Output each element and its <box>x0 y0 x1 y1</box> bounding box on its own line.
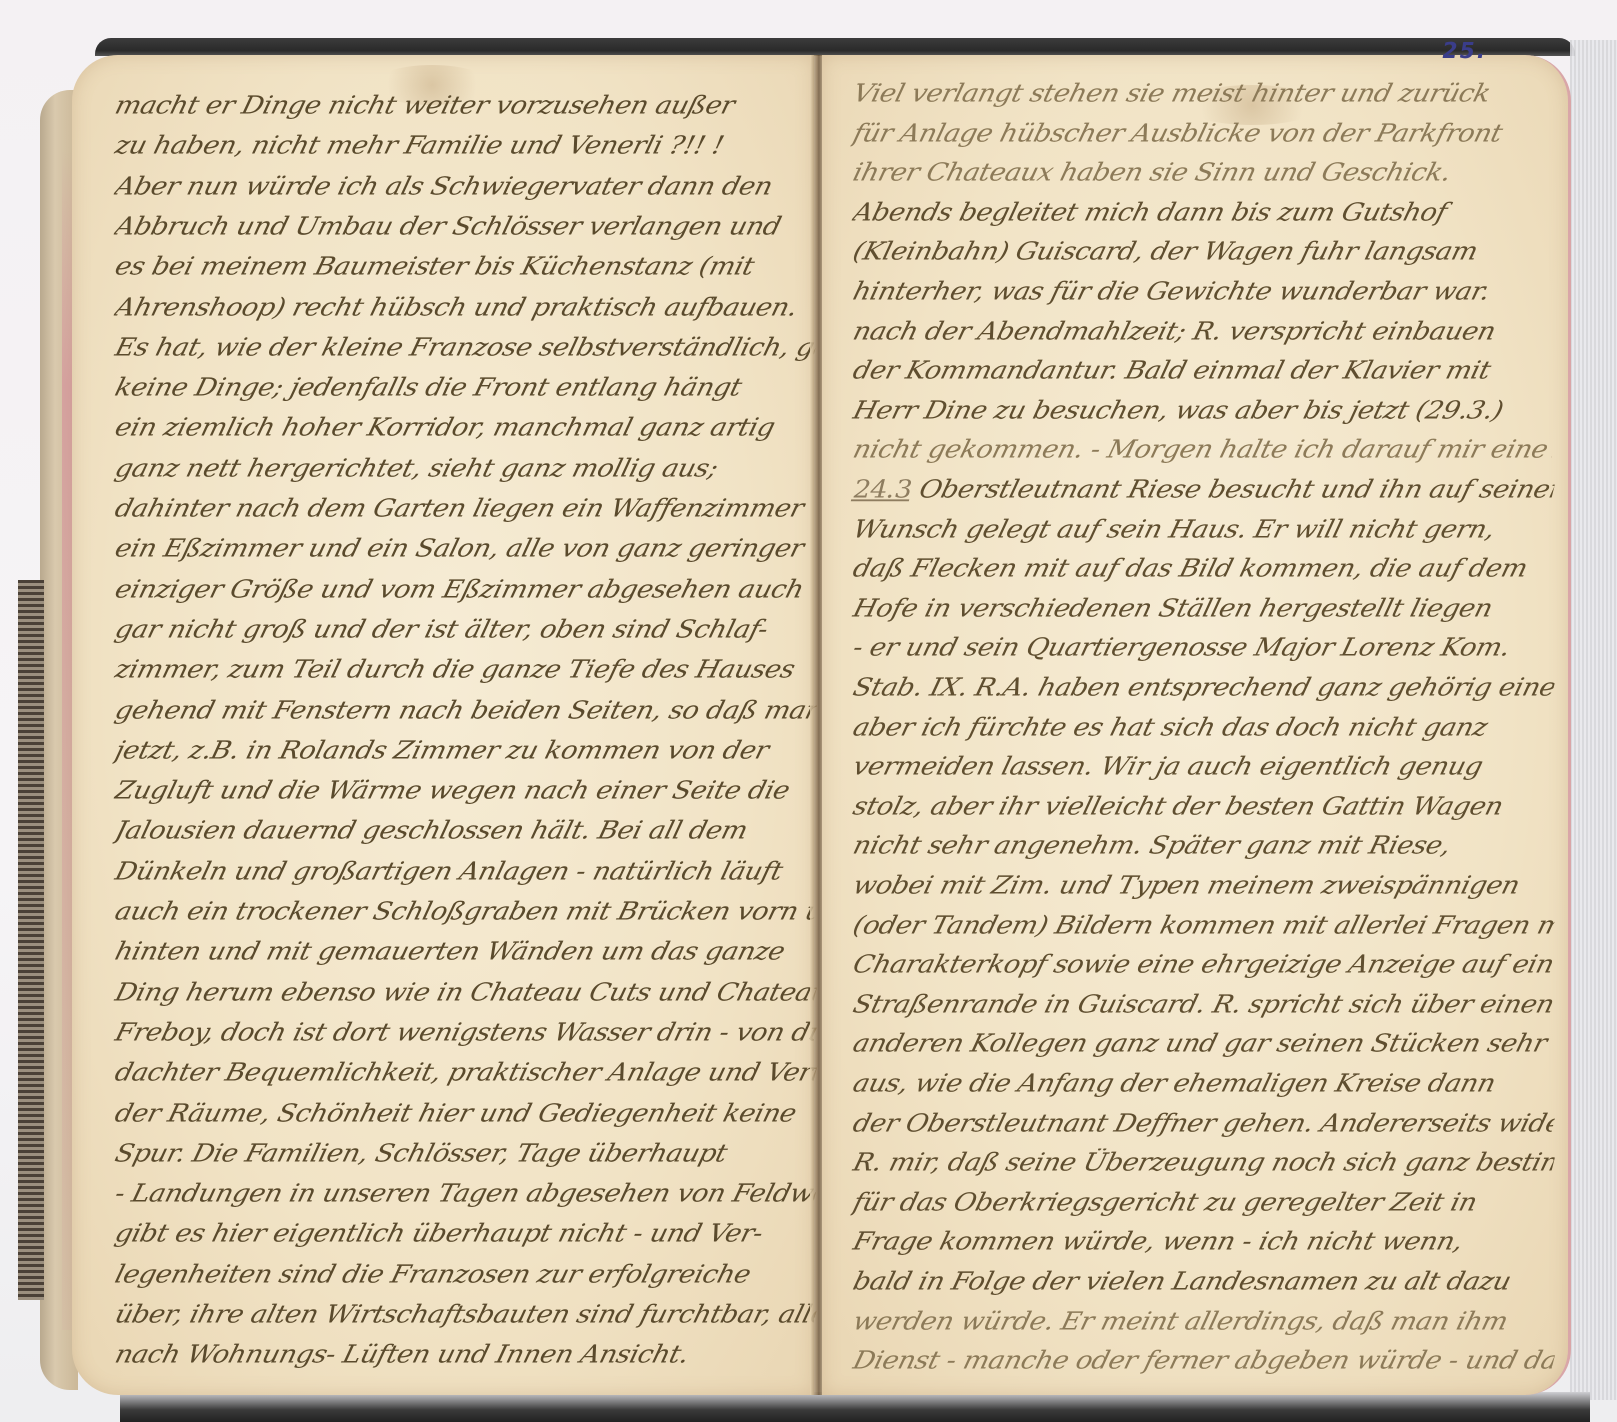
handwritten-line: jetzt, z.B. in Rolands Zimmer zu kommen … <box>112 736 819 765</box>
handwritten-line: Ding herum ebenso wie in Chateau Cuts un… <box>112 978 819 1007</box>
book-cover-right-edge <box>1570 40 1617 1400</box>
handwritten-line: Aber nun würde ich als Schwiegervater da… <box>112 172 819 201</box>
handwritten-line: hinterher, was für die Gewichte wunderba… <box>850 277 1557 306</box>
handwritten-line: ihrer Chateaux haben sie Sinn und Geschi… <box>850 159 1557 188</box>
handwritten-line: Charakterkopf sowie eine ehrgeizige Anze… <box>850 951 1557 980</box>
handwritten-line: werden würde. Er meint allerdings, daß m… <box>850 1307 1557 1336</box>
handwritten-line: bald in Folge der vielen Landesnamen zu … <box>850 1267 1557 1296</box>
handwritten-line: Spur. Die Familien, Schlösser, Tage über… <box>112 1139 819 1168</box>
handwritten-line: Abbruch und Umbau der Schlösser verlange… <box>112 212 819 241</box>
handwritten-line: der Oberstleutnant Deffner gehen. Andere… <box>850 1109 1557 1138</box>
handwritten-line: einziger Größe und vom Eßzimmer abgesehe… <box>112 575 819 604</box>
binding-stitching <box>18 580 44 1300</box>
right-page: 25. Viel verlangt stehen sie meist hinte… <box>822 55 1571 1395</box>
handwritten-line: 24.3 Oberstleutnant Riese besucht und ih… <box>850 475 1557 504</box>
page-number: 25. <box>1440 39 1489 64</box>
handwritten-line: Dünkeln und großartigen Anlagen - natürl… <box>112 857 819 886</box>
handwritten-line: gibt es hier eigentlich überhaupt nicht … <box>112 1220 819 1249</box>
handwritten-line: dachter Bequemlichkeit, praktischer Anla… <box>112 1059 819 1088</box>
handwritten-line: gehend mit Fenstern nach beiden Seiten, … <box>112 696 819 725</box>
handwritten-line: zu haben, nicht mehr Familie und Venerli… <box>112 132 819 161</box>
handwritten-line: ganz nett hergerichtet, sieht ganz molli… <box>112 454 819 483</box>
handwritten-line: stolz, aber ihr vielleicht der besten Ga… <box>850 792 1557 821</box>
handwritten-line: Dienst - manche oder ferner abgeben würd… <box>850 1347 1557 1376</box>
handwritten-line: für das Oberkriegsgericht zu geregelter … <box>850 1188 1557 1217</box>
handwritten-line: gar nicht groß und der ist älter, oben s… <box>112 615 819 644</box>
handwritten-line: zimmer, zum Teil durch die ganze Tiefe d… <box>112 656 819 685</box>
handwritten-line: Abends begleitet mich dann bis zum Gutsh… <box>850 198 1557 227</box>
handwritten-line: für Anlage hübscher Ausblicke von der Pa… <box>850 119 1557 148</box>
handwritten-line: Freboy, doch ist dort wenigstens Wasser … <box>112 1018 819 1047</box>
handwritten-line: nach Wohnungs- Lüften und Innen Ansicht. <box>112 1341 819 1370</box>
handwritten-line: Viel verlangt stehen sie meist hinter un… <box>850 79 1557 108</box>
handwritten-line: Wunsch gelegt auf sein Haus. Er will nic… <box>850 515 1557 544</box>
handwritten-line: hinten und mit gemauerten Wänden um das … <box>112 938 819 967</box>
handwritten-line: wobei mit Zim. und Typen meinem zweispän… <box>850 871 1557 900</box>
left-page: macht er Dinge nicht weiter vorzusehen a… <box>72 55 814 1395</box>
handwritten-line: anderen Kollegen ganz und gar seinen Stü… <box>850 1030 1557 1059</box>
handwritten-line: - Landungen in unseren Tagen abgesehen v… <box>112 1180 819 1209</box>
handwritten-line: (Kleinbahn) Guiscard, der Wagen fuhr lan… <box>850 238 1557 267</box>
handwritten-line: nicht sehr angenehm. Später ganz mit Rie… <box>850 832 1557 861</box>
handwritten-line: Straßenrande in Guiscard. R. spricht sic… <box>850 990 1557 1019</box>
handwritten-line: es bei meinem Baumeister bis Küchenstanz… <box>112 253 819 282</box>
handwritten-line: macht er Dinge nicht weiter vorzusehen a… <box>112 91 819 120</box>
book-cover-top <box>95 38 1575 56</box>
handwritten-line: Zugluft und die Wärme wegen nach einer S… <box>112 777 819 806</box>
book-cover-bottom <box>120 1392 1590 1422</box>
handwritten-line: dahinter nach dem Garten liegen ein Waff… <box>112 494 819 523</box>
handwritten-line: auch ein trockener Schloßgraben mit Brüc… <box>112 897 819 926</box>
scanned-diary-spread: macht er Dinge nicht weiter vorzusehen a… <box>0 0 1617 1422</box>
handwritten-line: keine Dinge; jedenfalls die Front entlan… <box>112 374 819 403</box>
handwritten-line: der Räume, Schönheit hier und Gediegenhe… <box>112 1099 819 1128</box>
handwritten-line: aber ich fürchte es hat sich das doch ni… <box>850 713 1557 742</box>
handwritten-line: Stab. IX. R.A. haben entsprechend ganz g… <box>850 673 1557 702</box>
handwritten-line: Herr Dine zu besuchen, was aber bis jetz… <box>850 396 1557 425</box>
handwritten-line: über, ihre alten Wirtschaftsbauten sind … <box>112 1300 819 1329</box>
handwritten-line: Jalousien dauernd geschlossen hält. Bei … <box>112 817 819 846</box>
handwritten-line: Es hat, wie der kleine Franzose selbstve… <box>112 333 819 362</box>
handwritten-line: (oder Tandem) Bildern kommen mit allerle… <box>850 911 1557 940</box>
handwritten-line: der Kommandantur. Bald einmal der Klavie… <box>850 357 1557 386</box>
handwritten-line: daß Flecken mit auf das Bild kommen, die… <box>850 555 1557 584</box>
handwritten-line: Ahrenshoop) recht hübsch und praktisch a… <box>112 293 819 322</box>
handwritten-line: Hofe in verschiedenen Ställen hergestell… <box>850 594 1557 623</box>
handwritten-line: aus, wie die Anfang der ehemaligen Kreis… <box>850 1069 1557 1098</box>
handwritten-line: legenheiten sind die Franzosen zur erfol… <box>112 1260 819 1289</box>
date-marker: 24.3 <box>850 475 915 504</box>
handwritten-line: nicht gekommen. - Morgen halte ich darau… <box>850 436 1557 465</box>
handwritten-line: nach der Abendmahlzeit; R. verspricht ei… <box>850 317 1557 346</box>
handwritten-line: R. mir, daß seine Überzeugung noch sich … <box>850 1149 1557 1178</box>
handwritten-line: - er und sein Quartiergenosse Major Lore… <box>850 634 1557 663</box>
handwritten-line: ein ziemlich hoher Korridor, manchmal ga… <box>112 414 819 443</box>
handwritten-line: ein Eßzimmer und ein Salon, alle von gan… <box>112 535 819 564</box>
handwritten-line: vermeiden lassen. Wir ja auch eigentlich… <box>850 753 1557 782</box>
handwritten-line: Frage kommen würde, wenn - ich nicht wen… <box>850 1228 1557 1257</box>
